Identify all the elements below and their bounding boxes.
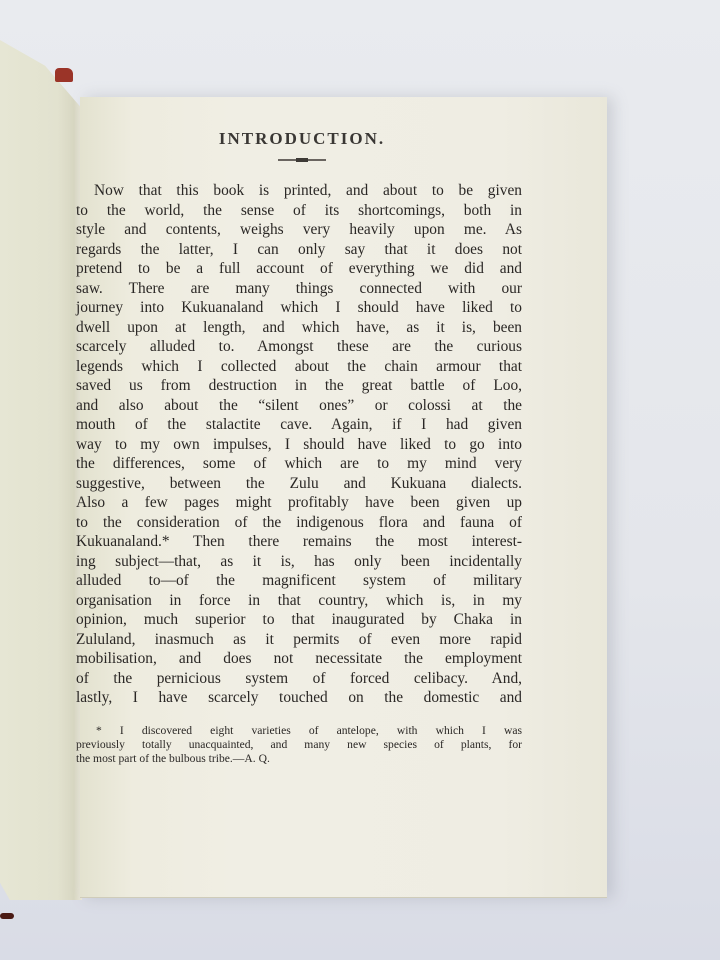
footnote-line: the most part of the bulbous tribe.—A. Q… [76,752,522,766]
footnote-line: previously totally unacquainted, and man… [76,738,522,752]
footnote: * I discovered eight varieties of antelo… [76,724,522,766]
body-line: opinion, much superior to that inaugurat… [76,610,522,630]
body-line: saw. There are many things connected wit… [76,279,522,299]
body-line: and also about the “silent ones” or colo… [76,396,522,416]
title-ornament [278,159,326,161]
body-line: pretend to be a full account of everythi… [76,259,522,279]
body-line: style and contents, weighs very heavily … [76,220,522,240]
body-line: way to my own impulses, I should have li… [76,435,522,455]
body-text: Now that this book is printed, and about… [76,181,522,708]
body-line: saved us from destruction in the great b… [76,376,522,396]
body-line: alluded to—of the magnificent system of … [76,571,522,591]
body-line: dwell upon at length, and which have, as… [76,318,522,338]
page-content: INTRODUCTION. Now that this book is prin… [76,129,522,766]
body-line: Kukuanaland.* Then there remains the mos… [76,532,522,552]
body-line: Also a few pages might profitably have b… [76,493,522,513]
body-line: suggestive, between the Zulu and Kukuana… [76,474,522,494]
book-cover-corner [0,913,14,919]
body-line: legends which I collected about the chai… [76,357,522,377]
body-line: the differences, some of which are to my… [76,454,522,474]
body-line: Zululand, inasmuch as it permits of even… [76,630,522,650]
body-line: ing subject—that, as it is, has only bee… [76,552,522,572]
body-line: mobilisation, and does not necessitate t… [76,649,522,669]
body-line: journey into Kukuanaland which I should … [76,298,522,318]
body-line: scarcely alluded to. Amongst these are t… [76,337,522,357]
body-line: regards the latter, I can only say that … [76,240,522,260]
body-line: to the consideration of the indigenous f… [76,513,522,533]
footnote-line: * I discovered eight varieties of antelo… [76,724,522,738]
body-line: of the pernicious system of forced celib… [76,669,522,689]
left-page [0,40,82,900]
body-line: to the world, the sense of its shortcomi… [76,201,522,221]
body-line: lastly, I have scarcely touched on the d… [76,688,522,708]
body-line: organisation in force in that country, w… [76,591,522,611]
body-line: mouth of the stalactite cave. Again, if … [76,415,522,435]
book-cover-edge [55,68,73,82]
chapter-title: INTRODUCTION. [76,129,522,149]
body-line: Now that this book is printed, and about… [76,181,522,201]
